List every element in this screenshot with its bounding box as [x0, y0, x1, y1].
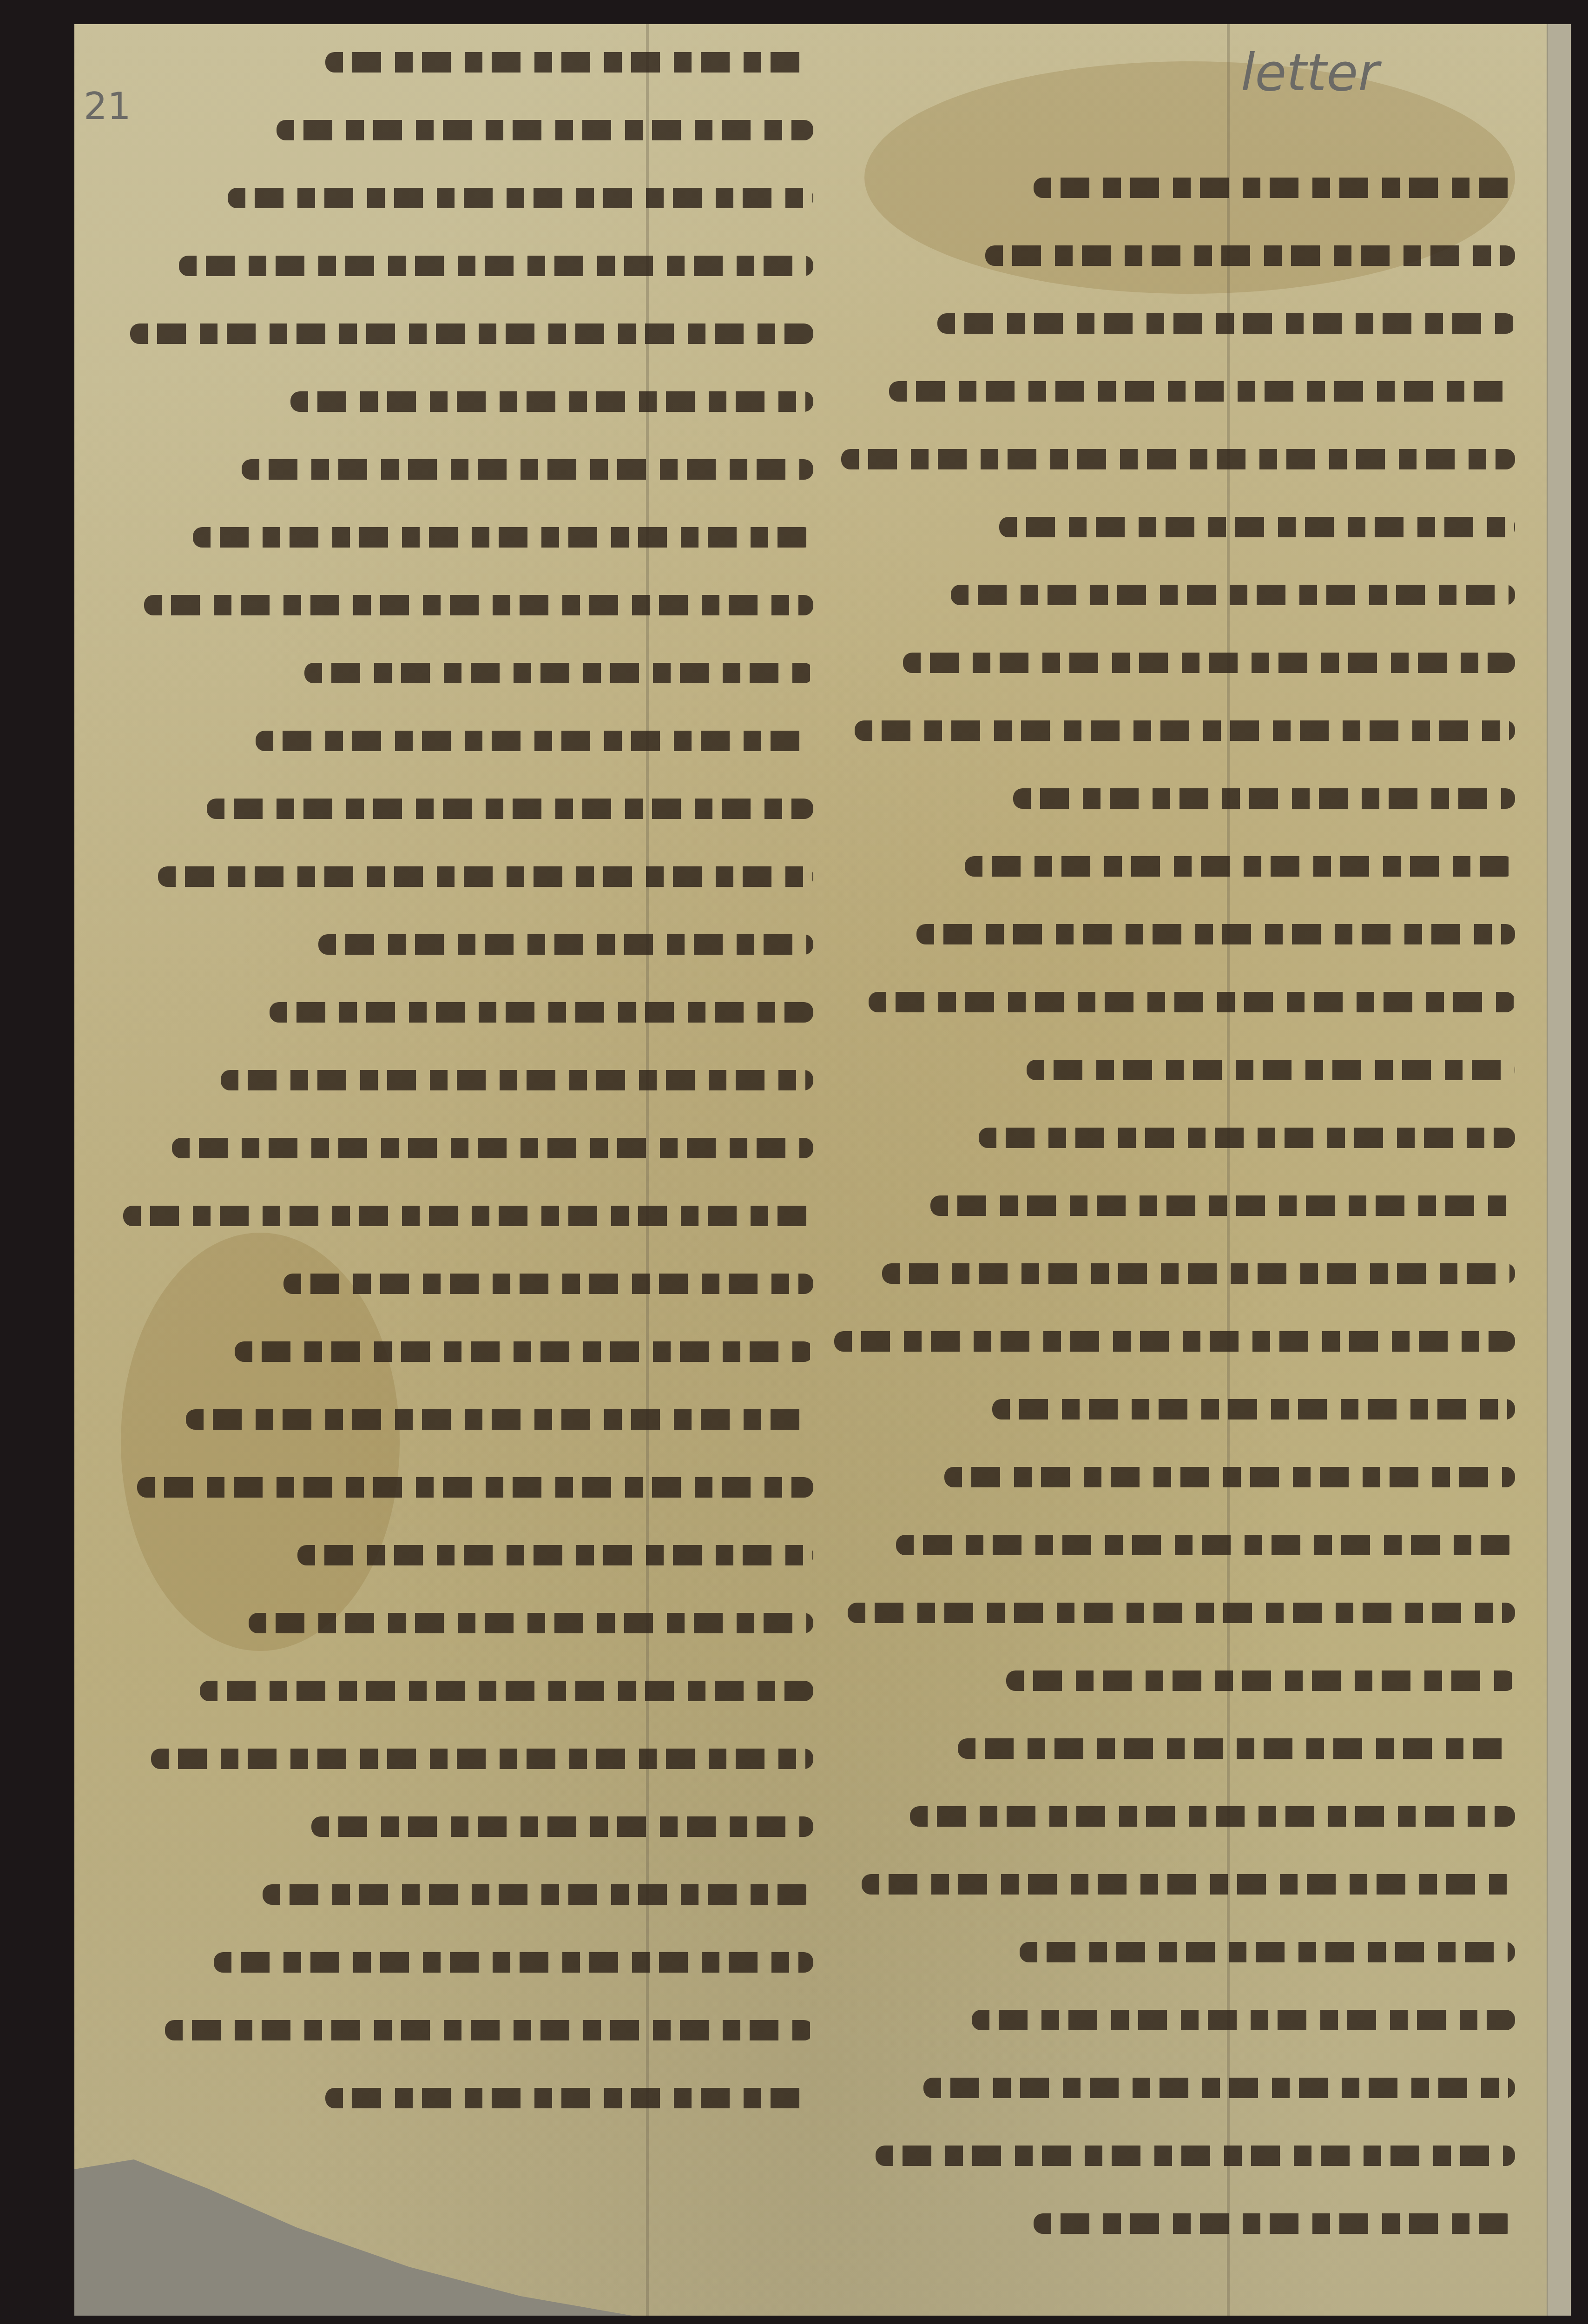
line-text: [illegible handwritten line 19] [1515, 1399, 1515, 1400]
line-text: [illegible handwritten line 5] [1515, 449, 1515, 449]
left-text-column: [illegible handwritten line 1][illegible… [116, 52, 813, 2156]
line-text: [illegible handwritten line 12] [1515, 924, 1515, 924]
handwritten-line: [illegible handwritten line 22] [848, 1603, 1515, 1623]
line-text: [illegible handwritten line 1] [813, 52, 813, 53]
line-text: [illegible handwritten line 14] [1515, 1060, 1515, 1060]
handwritten-line: [illegible handwritten line 25] [910, 1806, 1515, 1827]
handwritten-line: [illegible handwritten line 8] [193, 527, 813, 548]
handwritten-line: [illegible handwritten line 18] [123, 1206, 813, 1226]
line-text: [illegible handwritten line 18] [813, 1206, 813, 1206]
handwritten-line: [illegible handwritten line 5] [841, 449, 1515, 469]
handwritten-line: [illegible handwritten line 21] [186, 1409, 813, 1430]
handwritten-line: [illegible handwritten line 20] [235, 1341, 813, 1362]
line-text: [illegible handwritten line 13] [813, 866, 813, 867]
line-text: [illegible handwritten line 7] [1515, 585, 1515, 585]
handwritten-line: [illegible handwritten line 19] [992, 1399, 1515, 1419]
handwritten-line: [illegible handwritten line 14] [318, 934, 813, 955]
handwritten-line: [illegible handwritten line 8] [903, 653, 1515, 673]
line-text: [illegible handwritten line 20] [1515, 1467, 1515, 1467]
handwritten-line: [illegible handwritten line 9] [144, 595, 813, 615]
handwritten-line: [illegible handwritten line 18] [834, 1331, 1515, 1352]
line-text: [illegible handwritten line 11] [1515, 856, 1515, 857]
handwritten-line: [illegible handwritten line 14] [1027, 1060, 1515, 1080]
handwritten-line: [illegible handwritten line 17] [882, 1263, 1515, 1284]
line-text: [illegible handwritten line 30] [1515, 2146, 1515, 2146]
line-text: [illegible handwritten line 29] [1515, 2078, 1515, 2078]
line-text: [illegible handwritten line 31] [813, 2088, 813, 2088]
line-text: [illegible handwritten line 27] [813, 1816, 813, 1817]
line-text: [illegible handwritten line 11] [813, 731, 813, 731]
handwritten-line: [illegible handwritten line 3] [937, 313, 1515, 334]
handwritten-line: [illegible handwritten line 4] [889, 381, 1515, 402]
line-text: [illegible handwritten line 6] [813, 391, 813, 392]
line-text: [illegible handwritten line 23] [1515, 1670, 1515, 1671]
handwritten-line: [illegible handwritten line 26] [151, 1749, 813, 1769]
handwritten-line: [illegible handwritten line 7] [242, 459, 813, 480]
handwritten-line: [illegible handwritten line 1] [325, 52, 813, 73]
line-text: [illegible handwritten line 1] [1515, 178, 1515, 178]
page-edge-strip [1547, 24, 1571, 2316]
handwritten-line: [illegible handwritten line 21] [896, 1535, 1515, 1555]
line-text: [illegible handwritten line 2] [1515, 245, 1515, 246]
handwritten-line: [illegible handwritten line 5] [130, 324, 813, 344]
handwritten-line: [illegible handwritten line 2] [985, 245, 1515, 266]
line-text: [illegible handwritten line 25] [813, 1681, 813, 1681]
line-text: [illegible handwritten line 4] [1515, 381, 1515, 382]
line-text: [illegible handwritten line 10] [813, 663, 813, 663]
handwritten-line: [illegible handwritten line 30] [165, 2020, 813, 2040]
handwritten-line: [illegible handwritten line 24] [958, 1738, 1515, 1759]
line-text: [illegible handwritten line 2] [813, 120, 813, 120]
line-text: [illegible handwritten line 12] [813, 799, 813, 799]
line-text: [illegible handwritten line 19] [813, 1274, 813, 1274]
line-text: [illegible handwritten line 21] [813, 1409, 813, 1410]
handwritten-line: [illegible handwritten line 28] [263, 1884, 813, 1905]
handwritten-line: [illegible handwritten line 28] [972, 2010, 1515, 2030]
handwritten-line: [illegible handwritten line 6] [999, 517, 1515, 537]
right-text-column: [illegible handwritten line 1][illegible… [827, 178, 1515, 2281]
handwritten-line: [illegible handwritten line 10] [304, 663, 813, 683]
line-text: [illegible handwritten line 30] [813, 2020, 813, 2020]
handwritten-line: [illegible handwritten line 13] [869, 992, 1515, 1012]
line-text: [illegible handwritten line 8] [1515, 653, 1515, 653]
line-text: [illegible handwritten line 8] [813, 527, 813, 528]
manuscript-page: letter 21 [illegible handwritten line 1]… [74, 24, 1571, 2316]
line-text: [illegible handwritten line 28] [1515, 2010, 1515, 2010]
line-text: [illegible handwritten line 14] [813, 934, 813, 935]
line-text: [illegible handwritten line 16] [813, 1070, 813, 1070]
handwritten-line: [illegible handwritten line 20] [944, 1467, 1515, 1487]
handwritten-line: [illegible handwritten line 29] [923, 2078, 1515, 2098]
handwritten-line: [illegible handwritten line 15] [979, 1128, 1515, 1148]
line-text: [illegible handwritten line 3] [1515, 313, 1515, 314]
handwritten-line: [illegible handwritten line 15] [270, 1002, 813, 1023]
handwritten-line: [illegible handwritten line 13] [158, 866, 813, 887]
handwritten-line: [illegible handwritten line 12] [916, 924, 1515, 944]
handwritten-line: [illegible handwritten line 9] [855, 720, 1515, 741]
handwritten-line: [illegible handwritten line 26] [862, 1874, 1515, 1895]
handwritten-line: [illegible handwritten line 17] [172, 1138, 813, 1158]
line-text: [illegible handwritten line 21] [1515, 1535, 1515, 1535]
line-text: [illegible handwritten line 4] [813, 256, 813, 256]
line-text: [illegible handwritten line 20] [813, 1341, 813, 1342]
line-text: [illegible handwritten line 9] [813, 595, 813, 595]
handwritten-line: [illegible handwritten line 1] [1034, 178, 1515, 198]
line-text: [illegible handwritten line 22] [813, 1477, 813, 1478]
handwritten-line: [illegible handwritten line 16] [221, 1070, 813, 1090]
handwritten-line: [illegible handwritten line 27] [311, 1816, 813, 1837]
line-text: [illegible handwritten line 16] [1515, 1195, 1515, 1196]
line-text: [illegible handwritten line 17] [813, 1138, 813, 1138]
line-text: [illegible handwritten line 24] [1515, 1738, 1515, 1739]
line-text: [illegible handwritten line 13] [1515, 992, 1515, 992]
handwritten-line: [illegible handwritten line 10] [1013, 788, 1515, 809]
handwritten-line: [illegible handwritten line 29] [214, 1952, 813, 1973]
line-text: [illegible handwritten line 22] [1515, 1603, 1515, 1603]
pencil-annotation: letter [1241, 43, 1379, 102]
handwritten-line: [illegible handwritten line 25] [200, 1681, 813, 1701]
handwritten-line: [illegible handwritten line 11] [256, 731, 813, 751]
line-text: [illegible handwritten line 26] [813, 1749, 813, 1749]
line-text: [illegible handwritten line 23] [813, 1545, 813, 1545]
line-text: [illegible handwritten line 31] [1515, 2213, 1515, 2214]
handwritten-line: [illegible handwritten line 2] [277, 120, 813, 140]
handwritten-line: [illegible handwritten line 6] [290, 391, 813, 412]
line-text: [illegible handwritten line 5] [813, 324, 813, 324]
line-text: [illegible handwritten line 28] [813, 1884, 813, 1885]
handwritten-line: [illegible handwritten line 11] [965, 856, 1515, 877]
handwritten-line: [illegible handwritten line 23] [297, 1545, 813, 1565]
handwritten-line: [illegible handwritten line 23] [1006, 1670, 1515, 1691]
line-text: [illegible handwritten line 24] [813, 1613, 813, 1613]
line-text: [illegible handwritten line 25] [1515, 1806, 1515, 1807]
handwritten-line: [illegible handwritten line 19] [283, 1274, 813, 1294]
line-text: [illegible handwritten line 27] [1515, 1942, 1515, 1942]
handwritten-line: [illegible handwritten line 22] [137, 1477, 813, 1498]
line-text: [illegible handwritten line 7] [813, 459, 813, 460]
handwritten-line: [illegible handwritten line 16] [930, 1195, 1515, 1216]
line-text: [illegible handwritten line 29] [813, 1952, 813, 1953]
line-text: [illegible handwritten line 6] [1515, 517, 1515, 517]
line-text: [illegible handwritten line 15] [1515, 1128, 1515, 1128]
line-text: [illegible handwritten line 17] [1515, 1263, 1515, 1264]
handwritten-line: [illegible handwritten line 27] [1020, 1942, 1515, 1962]
line-text: [illegible handwritten line 9] [1515, 720, 1515, 721]
line-text: [illegible handwritten line 15] [813, 1002, 813, 1003]
handwritten-line: [illegible handwritten line 31] [1034, 2213, 1515, 2234]
line-text: [illegible handwritten line 10] [1515, 788, 1515, 789]
handwritten-line: [illegible handwritten line 30] [876, 2146, 1515, 2166]
line-text: [illegible handwritten line 3] [813, 188, 813, 188]
handwritten-line: [illegible handwritten line 3] [228, 188, 813, 208]
line-text: [illegible handwritten line 26] [1515, 1874, 1515, 1875]
handwritten-line: [illegible handwritten line 24] [249, 1613, 813, 1633]
handwritten-line: [illegible handwritten line 12] [207, 799, 813, 819]
handwritten-line: [illegible handwritten line 7] [951, 585, 1515, 605]
handwritten-line: [illegible handwritten line 31] [325, 2088, 813, 2108]
handwritten-line: [illegible handwritten line 4] [179, 256, 813, 276]
line-text: [illegible handwritten line 18] [1515, 1331, 1515, 1332]
